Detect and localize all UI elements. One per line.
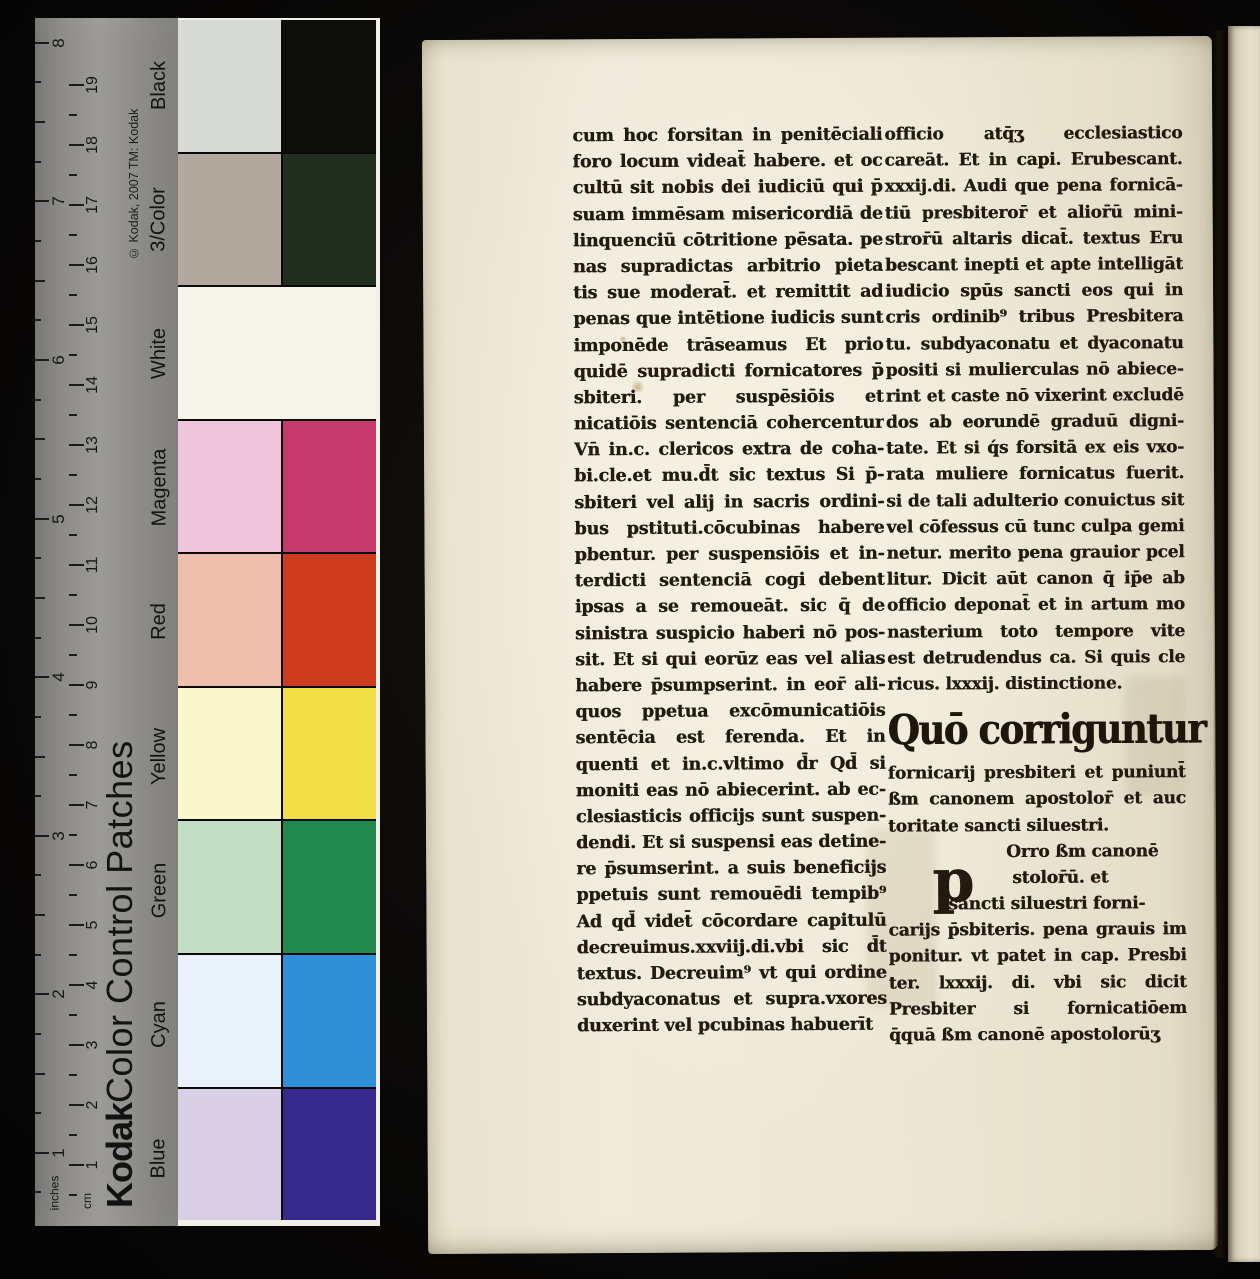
- patch-green-dark: [283, 821, 376, 953]
- ruler-tick: [69, 654, 77, 656]
- ruler-tick: [35, 597, 45, 599]
- patch-label-green: Green: [148, 863, 171, 919]
- ruler-tick: [69, 924, 84, 926]
- left-column-line: nas supradictas arbitrio pieta: [573, 253, 883, 281]
- ruler-tick: [35, 240, 41, 242]
- patch-black-light: [178, 20, 281, 152]
- right-upper-line: positi si mulierculas nō abiece-: [885, 356, 1183, 384]
- right-upper-line: bescant inepti et apte intelligāt: [885, 251, 1183, 279]
- chapter-intro-line: fornicarij presbiteri et puniunt̄: [888, 759, 1186, 787]
- left-column-line: linquenciū cōtritione pēsata. pe: [573, 226, 883, 254]
- patch-yellow-dark: [283, 688, 376, 820]
- right-upper-line: officio atq̄ʒ ecclesiastico bn̄ficio: [884, 120, 1182, 148]
- right-upper-line: careāt. Et in capi. Erubescant.: [884, 146, 1182, 174]
- right-upper-line: ricus. lxxxij. distinctione.: [887, 670, 1185, 698]
- patch-label-cell-green: Green: [141, 823, 178, 957]
- ruler-tick: [35, 637, 41, 639]
- right-tail-line: ter. lxxxij. di. vbi sic dicit textus.: [889, 969, 1187, 997]
- left-column-line: bi.cle.et mu.d̄t sic textus Si p̄-: [574, 462, 884, 490]
- ruler-tick: [35, 1191, 41, 1193]
- ruler-tick: [35, 954, 41, 956]
- left-column-line: quos ppetua excōmunicatiōis: [575, 698, 885, 726]
- patch-yellow-light: [178, 688, 281, 820]
- patch-label-cell-cyan: Cyan: [141, 958, 178, 1092]
- patch-cyan-dark: [283, 955, 376, 1087]
- patch-label-cell-blue: Blue: [141, 1092, 178, 1226]
- patch-row-yellow: [178, 688, 376, 820]
- patch-3color-light: [178, 154, 281, 286]
- right-upper-line: rint et caste nō vixerint excludē: [886, 382, 1184, 410]
- patch-3color-dark: [283, 154, 376, 286]
- patch-row-red: [178, 554, 376, 686]
- ruler-tick: [69, 564, 84, 566]
- ruler-tick: [69, 84, 84, 86]
- ruler-tick: [35, 993, 49, 995]
- patch-row-3color: [178, 154, 376, 286]
- incunabulum-page: cum hoc forsitan in penitēcialiforo locu…: [422, 36, 1218, 1254]
- ruler-strip: 1234567891011121314151617181912345678 in…: [35, 18, 178, 1226]
- ruler-tick: [69, 1074, 77, 1076]
- ruler-tick: [35, 280, 45, 282]
- ruler-tick: [35, 557, 41, 559]
- ruler-tick: [69, 234, 77, 236]
- cm-number-15: 15: [85, 314, 101, 336]
- patch-label-magenta: Magenta: [148, 449, 171, 527]
- left-column-line: habere p̄sumpserint. in eor̄ ali-: [575, 672, 885, 700]
- ruler-tick: [69, 294, 77, 296]
- patch-green-light: [178, 821, 281, 953]
- inch-number-4: 4: [51, 666, 67, 688]
- ruler-tick: [35, 1112, 41, 1114]
- inch-number-5: 5: [51, 508, 67, 530]
- patch-row-green: [178, 821, 376, 953]
- patch-label-column: Black3/ColorWhiteMagentaRedYellowGreenCy…: [141, 18, 178, 1226]
- right-upper-line: netur. merito pena grauior pcel: [886, 539, 1184, 567]
- left-column-line: Vn̄ in.c. clericos extra de coha-: [574, 436, 884, 464]
- cm-number-18: 18: [85, 134, 101, 156]
- patch-label-cyan: Cyan: [148, 1001, 171, 1048]
- patch-label-white: White: [148, 328, 171, 379]
- initial-paragraph-line: sancti siluestri forni-: [948, 890, 1186, 917]
- ruler-tick: [69, 1164, 84, 1166]
- initial-paragraph-line: Orro ßm canonē apo: [1006, 838, 1186, 865]
- patch-blue-light: [178, 1089, 281, 1221]
- right-upper-line: litur. Dicit aūt canon q̄ ip̄e ab: [887, 565, 1185, 593]
- patch-label-cell-red: Red: [141, 555, 178, 689]
- chapter-intro-line: toritate sancti siluestri.: [888, 812, 1186, 840]
- chapter-intro: fornicarij presbiteri et puniunt̄ßm cano…: [888, 759, 1186, 839]
- patch-cyan-light: [178, 955, 281, 1087]
- left-column-line: ipsas a se remoueāt. sic q̄ de illis: [575, 593, 885, 621]
- left-column-line: cum hoc forsitan in penitēciali: [572, 122, 882, 150]
- patch-row-white: [178, 287, 376, 419]
- ruler-tick: [69, 384, 84, 386]
- patch-label-cell-yellow: Yellow: [141, 689, 178, 823]
- left-column-line: subdyaconatus et supra.vxores: [577, 986, 887, 1014]
- left-column-line: sinistra suspicio haberi nō pos-: [575, 619, 885, 647]
- ruler-tick: [69, 1104, 84, 1106]
- ruler-tick: [69, 864, 84, 866]
- ruler-tick: [69, 264, 84, 266]
- inch-number-6: 6: [51, 349, 67, 371]
- left-column-line: foro locum videat̄ habere. et oc: [572, 148, 882, 176]
- ruler-tick: [69, 444, 84, 446]
- ruler-tick: [35, 438, 45, 440]
- right-upper-line: tu. subdyaconatu et dyaconatu: [885, 330, 1183, 358]
- ruler-tick: [35, 676, 49, 678]
- right-upper-line: tate. Et si q́s forsitā ex eis vxo-: [886, 434, 1184, 462]
- left-column-line: sbiteri. per suspēsiōis et excōmu: [574, 384, 884, 412]
- ruler-tick: [35, 1033, 41, 1035]
- left-column-line: textus. Decreuim⁹ vt qui ordine: [577, 960, 887, 988]
- left-column-line: tis sue moderat̄. et remittit ad: [573, 279, 883, 307]
- right-tail-line: ponitur. vt patet in cap. Presbi: [889, 943, 1187, 971]
- inch-number-8: 8: [51, 32, 67, 54]
- kodak-copyright-text: © Kodak, 2007 TM: Kodak: [127, 40, 141, 260]
- ruler-tick: [35, 200, 49, 202]
- left-column-line: ppetuis sunt remouēdi tempib⁹: [576, 881, 886, 909]
- right-tail-line: q̄quā ßm canonē apostolorūʒ: [889, 1021, 1187, 1049]
- cm-unit-label: cm: [80, 1193, 94, 1209]
- ruler-tick: [35, 756, 45, 758]
- ruler-tick: [69, 684, 84, 686]
- ruler-tick: [69, 774, 77, 776]
- right-upper-line: est detrudendus ca. Si quis cle: [887, 644, 1185, 672]
- left-column-line: cultū sit nobis dei iudiciū qui p̄: [573, 174, 883, 202]
- right-upper-line: officio deponat̄ et in artum mo: [887, 591, 1185, 619]
- left-column-line: pbentur. per suspensiōis et in-: [574, 541, 884, 569]
- ruler-tick: [69, 114, 77, 116]
- cm-number-11: 11: [85, 554, 101, 576]
- patch-red-dark: [283, 554, 376, 686]
- left-column-line: re p̄sumserint. a suis beneficijs: [576, 855, 886, 883]
- left-column-line: dendi. Et si suspensi eas detine-: [576, 829, 886, 857]
- ruler-tick: [35, 121, 45, 123]
- left-column-line: nicatiōis sentenciā cohercentur: [574, 410, 884, 438]
- patch-card: [178, 18, 380, 1226]
- cm-number-17: 17: [85, 194, 101, 216]
- patch-row-black: [178, 20, 376, 152]
- ruler-tick: [69, 1014, 77, 1016]
- ruler-tick: [69, 174, 77, 176]
- patch-label-yellow: Yellow: [148, 728, 171, 785]
- ruler-tick: [69, 534, 77, 536]
- initial-paragraph-line: stolor̄ū. et auctoritatē: [1012, 864, 1186, 891]
- ruler-tick: [69, 894, 77, 896]
- ruler-tick: [35, 835, 49, 837]
- left-column-line: Ad qd̄ videt̄ cōcordare capitulū: [576, 907, 886, 935]
- inch-number-3: 3: [51, 825, 67, 847]
- ruler-tick: [35, 161, 41, 163]
- kodak-color-target: 1234567891011121314151617181912345678 in…: [35, 18, 380, 1226]
- ruler-tick: [69, 1044, 84, 1046]
- drop-cap-initial: p: [932, 851, 974, 911]
- inches-unit-label: inches: [47, 1176, 61, 1211]
- ruler-tick: [35, 914, 45, 916]
- ruler-tick: [35, 1152, 49, 1154]
- inch-number-2: 2: [51, 983, 67, 1005]
- left-column-line: sentēcia est ferenda. Et in ca.se-: [575, 724, 885, 752]
- ruler-tick: [69, 1134, 77, 1136]
- left-column-line: duxerint vel pcubinas habuerīt: [577, 1012, 887, 1040]
- cm-number-13: 13: [85, 434, 101, 456]
- right-upper-line: stror̄ū altaris dicat̄. textus Eru: [885, 225, 1183, 253]
- patch-label-blue: Blue: [148, 1139, 171, 1179]
- ruler-tick: [69, 624, 84, 626]
- ruler-tick: [35, 874, 41, 876]
- right-upper-line: cris ordinib⁹ tribus Presbitera: [885, 303, 1183, 331]
- patch-magenta-dark: [283, 421, 376, 553]
- ruler-tick: [35, 42, 49, 44]
- patch-label-cell-3color: 3/Color: [141, 152, 178, 286]
- left-column-line: imponēde trāseamus Et prio: [573, 331, 883, 359]
- left-column-line: bus pstituti.cōcubinas habere: [574, 514, 884, 542]
- ruler-tick: [35, 795, 41, 797]
- kodak-wordmark: Kodak: [99, 1103, 141, 1208]
- patch-magenta-light: [178, 421, 281, 553]
- ruler-tick: [69, 594, 77, 596]
- cm-number-12: 12: [85, 494, 101, 516]
- ruler-tick: [35, 81, 41, 83]
- ruler-tick: [35, 1073, 45, 1075]
- ruler-tick: [69, 834, 77, 836]
- right-upper-line: iudicio spūs sancti eos qui in sa-: [885, 277, 1183, 305]
- ruler-tick: [69, 714, 77, 716]
- left-column-line: terdicti sentenciā cogi debent vt: [575, 567, 885, 595]
- patch-label-cell-white: White: [141, 286, 178, 420]
- right-upper-line: dos ab eorundē graduū digni-: [886, 408, 1184, 436]
- ruler-tick: [69, 354, 77, 356]
- patch-row-cyan: [178, 955, 376, 1087]
- patch-grid: [178, 20, 376, 1220]
- ruler-tick: [35, 518, 49, 520]
- right-upper-line: nasterium toto tempore vite sue: [887, 618, 1185, 646]
- ruler-tick: [35, 399, 41, 401]
- left-column-line: decreuimus.xxviij.di.vbi sic d̄t: [577, 933, 887, 961]
- patch-label-black: Black: [148, 61, 171, 110]
- right-text-column: officio atq̄ʒ ecclesiastico bn̄ficiocare…: [884, 120, 1187, 1049]
- right-upper-line: xxxij.di. Audi que pena fornicā-: [885, 172, 1183, 200]
- next-page-edge: [1228, 26, 1260, 1262]
- ruler-tick: [69, 324, 84, 326]
- ruler-tick: [69, 984, 84, 986]
- right-tail-line: carijs p̄sbiteris. pena grauis im: [888, 916, 1186, 944]
- chapter-intro-line: ßm canonem apostolor̄ et auc: [888, 785, 1186, 813]
- cm-number-14: 14: [85, 374, 101, 396]
- cm-number-19: 19: [85, 74, 101, 96]
- ruler-tick: [69, 144, 84, 146]
- patch-label-red: Red: [148, 604, 171, 641]
- patch-label-3color: 3/Color: [148, 187, 171, 251]
- ruler-tick: [69, 474, 77, 476]
- ruler-tick: [69, 504, 84, 506]
- left-column-line: quenti et in.c.vltimo d̄r Qd̄ si: [576, 750, 886, 778]
- ruler-tick: [69, 1194, 77, 1196]
- patch-white: [178, 287, 376, 419]
- left-column-line: quidē supradicti fornicatores p̄: [573, 357, 883, 385]
- left-column-line: moniti eas nō abiecerint. ab ec-: [576, 776, 886, 804]
- ruler-tick: [69, 204, 84, 206]
- left-column-line: suam immēsam misericordiā de: [573, 200, 883, 228]
- ruler-tick: [35, 359, 49, 361]
- ruler-tick: [69, 954, 77, 956]
- patch-label-cell-magenta: Magenta: [141, 421, 178, 555]
- ruler-tick: [35, 716, 41, 718]
- ruler-tick: [69, 414, 77, 416]
- patch-label-cell-black: Black: [141, 18, 178, 152]
- patch-black-dark: [283, 20, 376, 152]
- right-upper-line: tiū presbiteror̄ et alior̄ū mini-: [885, 199, 1183, 227]
- ruler-tick: [35, 478, 41, 480]
- right-upper-line: rata muliere fornicatus fuerit.: [886, 461, 1184, 489]
- cm-number-16: 16: [85, 254, 101, 276]
- ruler-tick: [69, 804, 84, 806]
- left-column-line: penas que intētione iudicis sunt: [573, 305, 883, 333]
- ruler-tick: [69, 744, 84, 746]
- left-text-column: cum hoc forsitan in penitēcialiforo locu…: [572, 122, 887, 1040]
- left-column-line: clesiasticis officijs sunt suspen-: [576, 803, 886, 831]
- patch-row-blue: [178, 1089, 376, 1221]
- chapter-heading: Quō corriguntur: [887, 697, 1185, 761]
- initial-paragraph: pOrro ßm canonē apostolor̄ū. et auctorit…: [888, 838, 1186, 918]
- inch-number-7: 7: [51, 190, 67, 212]
- patch-row-magenta: [178, 421, 376, 553]
- right-upper-line: vel cōfessus cū tunc culpa gemi: [886, 513, 1184, 541]
- right-tail: carijs p̄sbiteris. pena grauis imponitur…: [888, 916, 1187, 1048]
- right-tail-line: Presbiter si fornicatiōem fecerit: [889, 995, 1187, 1023]
- scanned-book-photo: { "color_target": { "brand_bold": "Kodak…: [0, 0, 1260, 1279]
- brand-rest-text: Color Control Patches: [99, 740, 141, 1103]
- left-column-line: sit. Et si qui eorūz eas vel alias: [575, 645, 885, 673]
- ruler-tick: [35, 319, 41, 321]
- patch-red-light: [178, 554, 281, 686]
- kodak-brand-text: Kodak Color Control Patches: [99, 578, 141, 1208]
- right-upper: officio atq̄ʒ ecclesiastico bn̄ficiocare…: [884, 120, 1185, 698]
- left-column-line: sbiteri vel alij in sacris ordini-: [574, 488, 884, 516]
- right-upper-line: si de tali adulterio conuictus sit: [886, 487, 1184, 515]
- inch-number-1: 1: [51, 1142, 67, 1164]
- patch-blue-dark: [283, 1089, 376, 1221]
